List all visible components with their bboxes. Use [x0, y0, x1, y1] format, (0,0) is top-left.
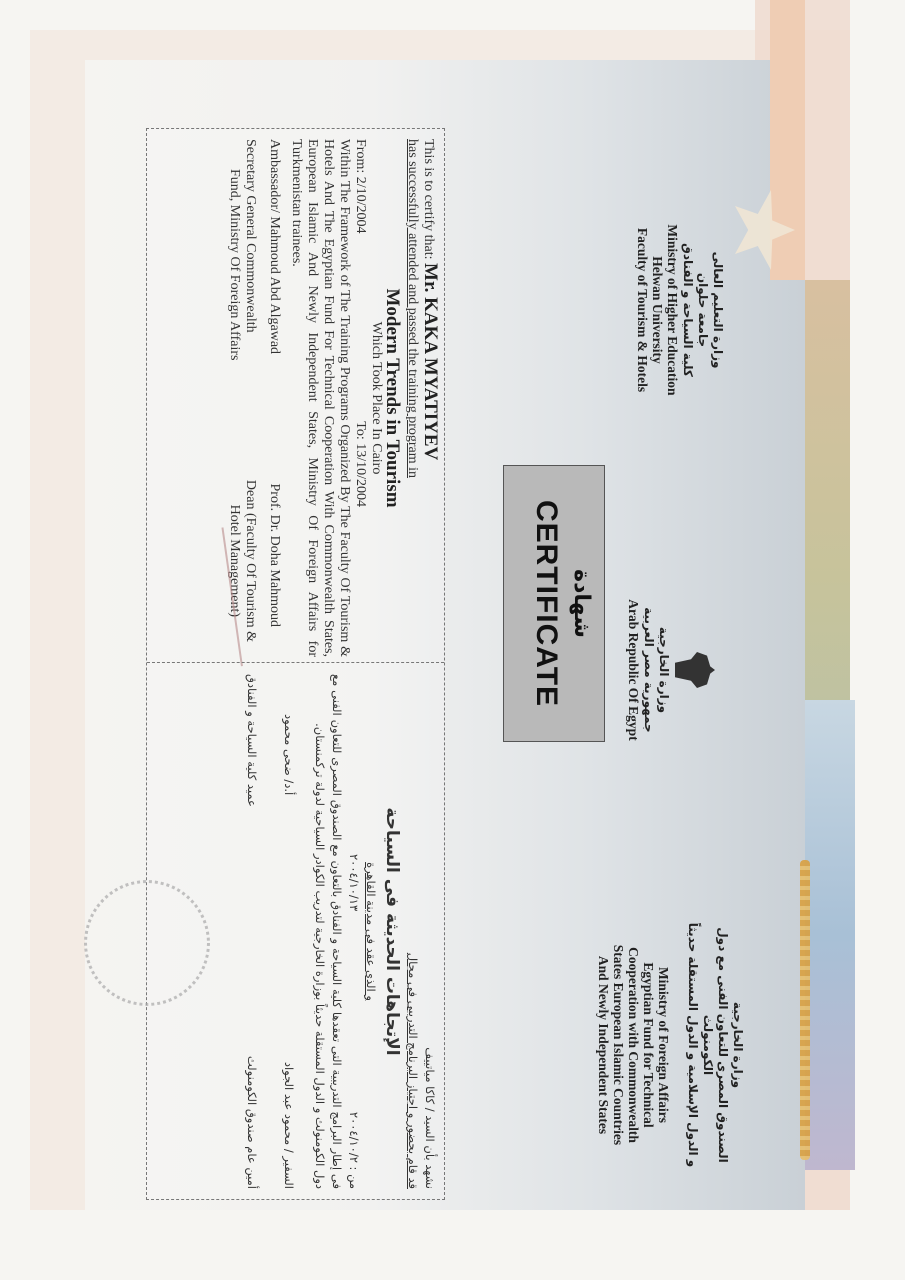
attended-statement: has successfully attended and passed the…	[404, 139, 420, 657]
ar-date-to: ٢٠٠٤/١٠/١٣	[345, 854, 362, 911]
date-from: From: 2/10/2004	[352, 139, 368, 234]
certify-prefix: This is to certify that:	[421, 139, 436, 260]
header-left-ar-1: وزارة التعليم العالى	[710, 200, 725, 420]
ar-signatory-left-name: السفير / محمود عبد الجواد	[280, 1062, 297, 1189]
certificate-title-en: CERTIFICATE	[529, 466, 563, 741]
ar-signatory-right-name: أ.د/ ضحى محمود	[280, 714, 297, 795]
ar-program-name: الإتجاهات الحديثة فى السياحة	[383, 674, 400, 1189]
wheat-decoration-icon	[800, 860, 810, 1160]
header-left-ar-3: كلية السياحة و الفنادق	[680, 200, 695, 420]
column-divider	[147, 662, 444, 663]
program-name: Modern Trends in Tourism	[384, 139, 400, 657]
ar-attended: قد قام بحضور و اجتياز البرنامج التدريبى …	[404, 674, 421, 1189]
signatory-left-title-1: Secretary General Commonwealth	[242, 139, 258, 333]
ar-signatory-right-title: عميد كلية السياحة و الفنادق	[243, 674, 260, 807]
header-right-ar-2: الصندوق المصرى للتعاون الفنى مع دول الكو…	[700, 900, 730, 1190]
ar-program-place: و الذى عقد فى مدينة القاهرة	[362, 674, 379, 1189]
signatory-left-title-2: Fund, Ministry Of Foreign Affairs	[226, 169, 242, 360]
header-center-en: Arab Republic Of Egypt	[626, 540, 641, 800]
program-place: Which Took Place In Cairo	[368, 139, 384, 657]
header-right-en-4: States European Islamic Countries	[611, 900, 626, 1190]
framework-statement: Within The Framework of The Training Pro…	[288, 139, 352, 657]
ar-signatory-left-title: أمين عام صندوق الكومنولث	[243, 1056, 260, 1189]
header-left-en-1: Ministry of Higher Education	[665, 200, 680, 420]
ar-framework-statement: فى إطار البرامج التدريبية التى تعقدها كل…	[311, 674, 345, 1189]
header-foreign-affairs: وزارة الخارجية الصندوق المصرى للتعاون ال…	[596, 900, 745, 1190]
egypt-eagle-emblem-icon	[675, 652, 715, 688]
header-right-en-1: Ministry of Foreign Affairs	[656, 900, 671, 1190]
english-section: This is to certify that: Mr. KAKA MYATIY…	[226, 139, 438, 657]
official-stamp	[84, 880, 210, 1006]
header-left-ar-2: جامعة حلوان	[695, 200, 710, 420]
header-center-ar-2: جمهورية مصر العربية	[641, 540, 656, 800]
certificate-title-box: شهادة CERTIFICATE	[503, 465, 605, 742]
arabic-section: نشهد بأن السيد / كاكا مياتييف قد قام بحض…	[243, 674, 438, 1189]
certificate-content-box: This is to certify that: Mr. KAKA MYATIY…	[146, 128, 445, 1200]
header-right-ar-1: وزارة الخارجية	[730, 900, 745, 1190]
header-left-en-3: Faculty of Tourism & Hotels	[635, 200, 650, 420]
recipient-name: Mr. KAKA MYATIYEV	[420, 263, 441, 460]
header-right-en-3: Cooperation with Commonwealth	[626, 900, 641, 1190]
date-to: To: 13/10/2004	[352, 421, 368, 507]
certificate-page: وزارة التعليم العالى جامعة حلوان كلية ال…	[0, 0, 905, 1280]
header-right-en-5: And Newly Independent States	[596, 900, 611, 1190]
header-center-ar-1: وزارة الخارجية	[656, 540, 671, 800]
header-helwan-university: وزارة التعليم العالى جامعة حلوان كلية ال…	[635, 200, 725, 420]
header-left-en-2: Helwan University	[650, 200, 665, 420]
header-arab-republic: وزارة الخارجية جمهورية مصر العربية Arab …	[626, 540, 715, 800]
ar-date-from: من : ٢٠٠٤/١٠/٢	[345, 1112, 362, 1189]
ar-certify: نشهد بأن السيد / كاكا مياتييف	[421, 674, 438, 1189]
certificate-title-ar: شهادة	[569, 466, 594, 741]
signatory-left-name: Ambassador/ Mahmoud Abd Algawad	[266, 139, 282, 354]
header-right-en-2: Egyptian Fund for Technical	[641, 900, 656, 1190]
header-right-ar-3: و الدول الإسلامية و الدول المستقلة حديثا…	[685, 900, 700, 1190]
